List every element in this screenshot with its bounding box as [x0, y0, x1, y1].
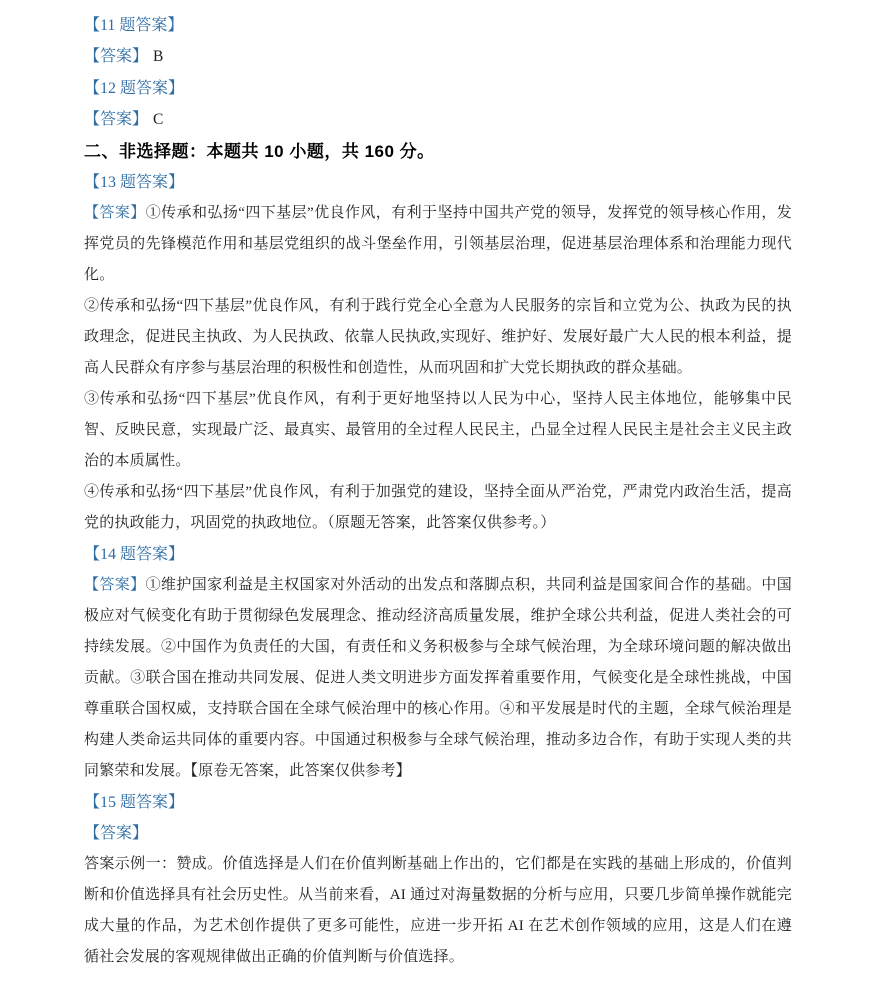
question-13-title: 【13 题答案】 — [84, 167, 792, 198]
question-11-answer-line: 【答案】B — [84, 41, 792, 73]
answer-value: B — [153, 48, 163, 65]
question-14-title: 【14 题答案】 — [84, 539, 792, 570]
answer-label: 【答案】 — [84, 577, 146, 593]
question-13-answer-paragraph-4: ④传承和弘扬“四下基层”优良作风，有利于加强党的建设，坚持全面从严治党，严肃党内… — [84, 477, 792, 539]
question-13-answer-paragraph-2: ②传承和弘扬“四下基层”优良作风，有利于践行党全心全意为人民服务的宗旨和立党为公… — [84, 291, 792, 384]
question-14-answer-paragraph: 【答案】①维护国家利益是主权国家对外活动的出发点和落脚点积，共同利益是国家间合作… — [84, 570, 792, 787]
document-page: 【11 题答案】 【答案】B 【12 题答案】 【答案】C 二、非选择题：本题共… — [0, 0, 872, 981]
answer-label: 【答案】 — [84, 205, 146, 221]
question-11-title: 【11 题答案】 — [84, 10, 792, 41]
answer-text: ①传承和弘扬“四下基层”优良作风，有利于坚持中国共产党的领导，发挥党的领导核心作… — [84, 205, 792, 283]
question-13-answer-paragraph-1: 【答案】①传承和弘扬“四下基层”优良作风，有利于坚持中国共产党的领导，发挥党的领… — [84, 198, 792, 291]
question-15-title: 【15 题答案】 — [84, 787, 792, 818]
question-15-answer-paragraph: 答案示例一：赞成。价值选择是人们在价值判断基础上作出的，它们都是在实践的基础上形… — [84, 849, 792, 973]
answer-label: 【答案】 — [84, 111, 148, 128]
question-12-answer-line: 【答案】C — [84, 104, 792, 136]
question-13-answer-paragraph-3: ③传承和弘扬“四下基层”优良作风，有利于更好地坚持以人民为中心，坚持人民主体地位… — [84, 384, 792, 477]
answer-text: ①维护国家利益是主权国家对外活动的出发点和落脚点积，共同利益是国家间合作的基础。… — [84, 577, 792, 779]
answer-value: C — [153, 111, 163, 128]
answer-label: 【答案】 — [84, 48, 148, 65]
section-heading: 二、非选择题：本题共 10 小题，共 160 分。 — [84, 136, 792, 167]
question-12-title: 【12 题答案】 — [84, 73, 792, 104]
question-15-answer-label: 【答案】 — [84, 818, 792, 849]
